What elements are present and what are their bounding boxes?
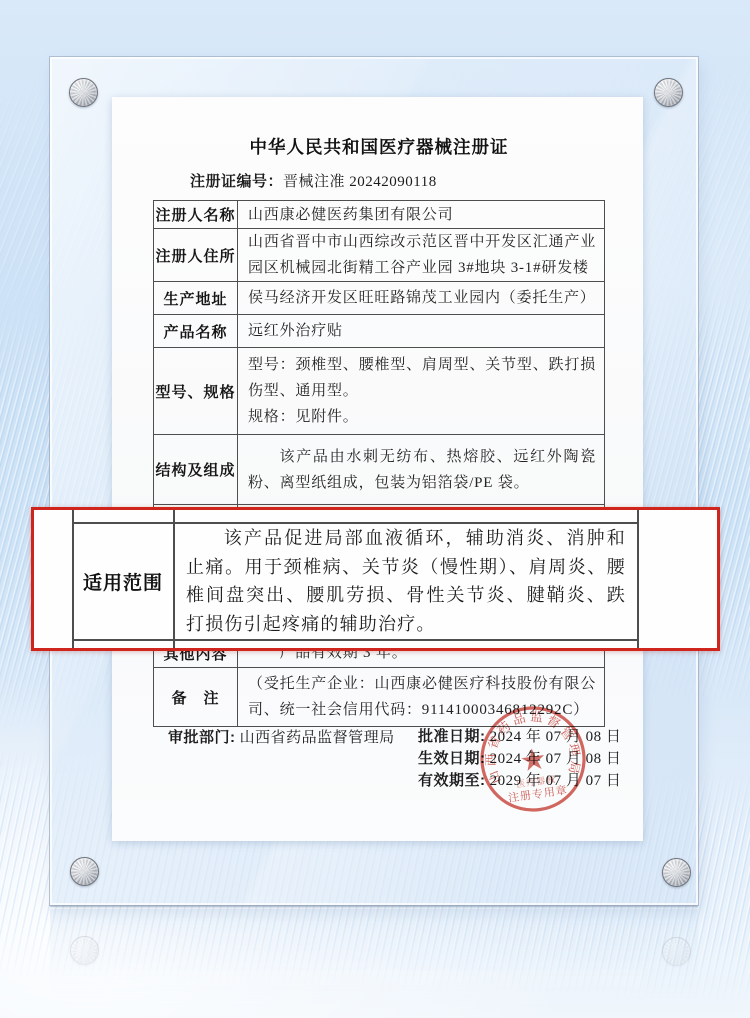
row-content: 山西省晋中市山西综改示范区晋中开发区汇通产业园区机械园北街精工谷产业园 3#地块… xyxy=(238,229,604,281)
table-row: 生产地址 侯马经济开发区旺旺路锦茂工业园内（委托生产） xyxy=(154,282,604,315)
seal-star-icon: ★ xyxy=(518,742,549,778)
row-label: 备 注 xyxy=(154,668,238,726)
paper-reflection xyxy=(112,971,643,1015)
approval-department: 审批部门: 山西省药品监督管理局 xyxy=(168,726,395,747)
frame-reflection xyxy=(50,909,698,1015)
row-content: 山西康必健医药集团有限公司 xyxy=(238,201,604,228)
screw-icon xyxy=(69,78,98,107)
row-label: 生产地址 xyxy=(154,282,238,314)
table-row: 注册人名称 山西康必健医药集团有限公司 xyxy=(154,201,604,229)
glass-frame: 中华人民共和国医疗器械注册证 注册证编号：晋械注准 20242090118 注册… xyxy=(50,57,698,905)
screw-icon xyxy=(70,936,99,965)
row-label: 型号、规格 xyxy=(154,348,238,434)
highlight-content: 该产品促进局部血液循环，辅助消炎、消肿和止痛。用于颈椎病、关节炎（慢性期）、肩周… xyxy=(175,523,637,639)
row-content: 远红外治疗贴 xyxy=(238,315,604,347)
table-row: 型号、规格 型号：颈椎型、腰椎型、肩周型、关节型、跌打损伤型、通用型。 规格：见… xyxy=(154,348,604,435)
table-row: 产品名称 远红外治疗贴 xyxy=(154,315,604,348)
table-border xyxy=(72,639,639,641)
table-row: 结构及组成 该产品由水刺无纺布、热熔胶、远红外陶瓷粉、离型纸组成，包装为铝箔袋/… xyxy=(154,435,604,505)
row-label: 结构及组成 xyxy=(154,435,238,504)
official-seal: 山西省药品监督管理局 ★ 医疗器械 注册专用章 xyxy=(461,687,606,832)
registration-number-value: 晋械注准 20242090118 xyxy=(283,174,437,190)
certificate-paper: 中华人民共和国医疗器械注册证 注册证编号：晋械注准 20242090118 注册… xyxy=(112,97,643,841)
registration-number-label: 注册证编号： xyxy=(190,173,283,190)
registration-number: 注册证编号：晋械注准 20242090118 xyxy=(190,170,437,191)
row-content: 该产品由水刺无纺布、热熔胶、远红外陶瓷粉、离型纸组成，包装为铝箔袋/PE 袋。 xyxy=(238,435,604,504)
screw-icon xyxy=(662,858,691,887)
scene-background: 中华人民共和国医疗器械注册证 注册证编号：晋械注准 20242090118 注册… xyxy=(0,0,750,1018)
screw-icon xyxy=(662,937,691,966)
screw-icon xyxy=(654,78,683,107)
highlight-overlay: 适用范围 该产品促进局部血液循环，辅助消炎、消肿和止痛。用于颈椎病、关节炎（慢性… xyxy=(31,507,720,651)
row-label: 注册人名称 xyxy=(154,201,238,228)
row-label: 注册人住所 xyxy=(154,229,238,281)
row-label: 产品名称 xyxy=(154,315,238,347)
row-content: 型号：颈椎型、腰椎型、肩周型、关节型、跌打损伤型、通用型。 规格：见附件。 xyxy=(238,348,604,434)
table-row: 注册人住所 山西省晋中市山西综改示范区晋中开发区汇通产业园区机械园北街精工谷产业… xyxy=(154,229,604,282)
certificate-title: 中华人民共和国医疗器械注册证 xyxy=(153,134,605,159)
table-border xyxy=(637,510,639,648)
highlight-label: 适用范围 xyxy=(73,523,173,639)
screw-icon xyxy=(70,857,99,886)
row-content: 侯马经济开发区旺旺路锦茂工业园内（委托生产） xyxy=(238,282,604,314)
